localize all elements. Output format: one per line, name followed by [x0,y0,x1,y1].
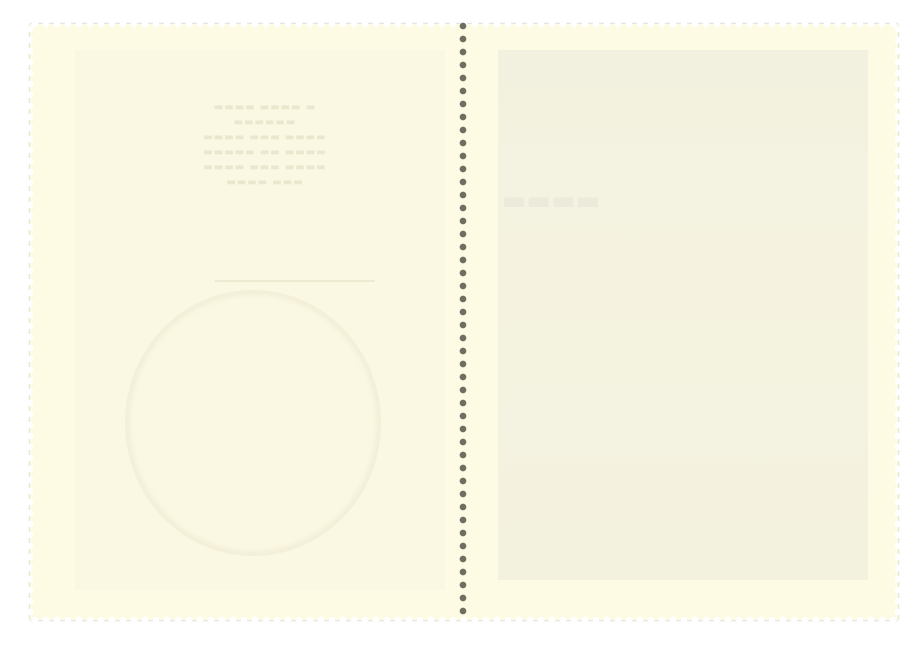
show-through-word: ▬▬▬▬ [502,186,600,216]
perforation-middle [458,20,468,620]
show-through-design [498,50,868,580]
right-stamp-back: ▬▬▬▬ [480,40,890,600]
perforation-left [26,24,34,620]
embossed-emblem [125,290,381,556]
show-through-rule [215,280,375,282]
perforation-right [894,24,902,620]
left-label-back: ▬▬▬▬ ▬▬▬▬ ▬ ▬▬▬▬▬▬ ▬▬▬▬ ▬▬▬ ▬▬▬▬ ▬▬▬▬▬ ▬… [55,40,445,600]
show-through-text: ▬▬▬▬ ▬▬▬▬ ▬ ▬▬▬▬▬▬ ▬▬▬▬ ▬▬▬ ▬▬▬▬ ▬▬▬▬▬ ▬… [135,100,395,190]
